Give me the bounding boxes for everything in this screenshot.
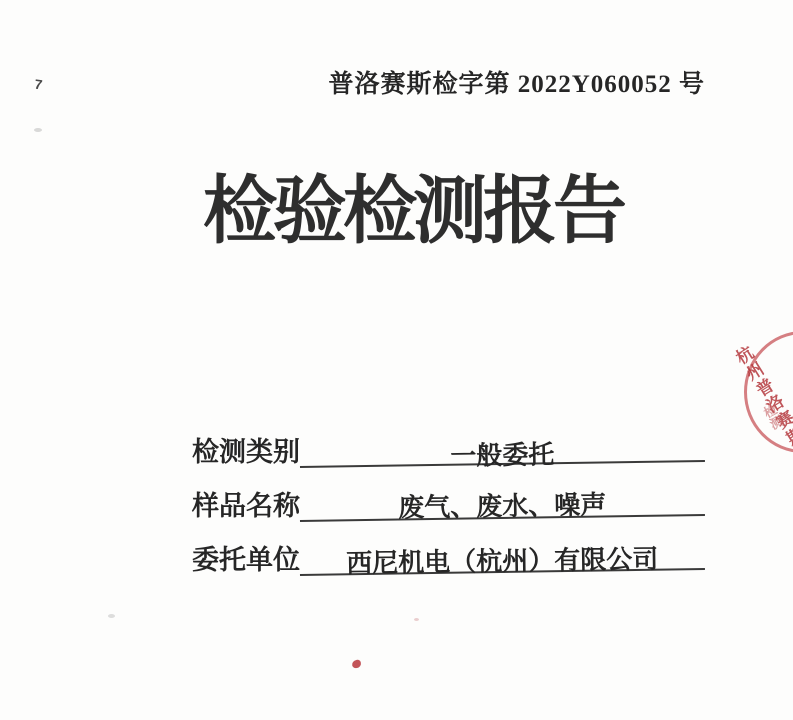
field-row-test-category: 检测类别 一般委托 (192, 432, 705, 468)
field-label-client-unit: 委托单位 (192, 547, 300, 576)
scan-mark-squiggle: 7 (33, 77, 44, 94)
field-label-test-category: 检测类别 (192, 439, 300, 468)
scan-speck-gray (108, 614, 115, 618)
field-underline: 一般委托 (299, 426, 704, 468)
page-title: 检验检测报告 (203, 152, 623, 258)
scan-speck-red-faint (414, 618, 419, 621)
report-number: 普洛赛斯检字第 2022Y060052 号 (328, 64, 705, 100)
field-underline: 西尼机电（杭州）有限公司 (299, 534, 704, 576)
scan-speck-gray (34, 128, 42, 132)
field-row-sample-name: 样品名称 废气、废水、噪声 (192, 486, 705, 522)
field-row-client-unit: 委托单位 西尼机电（杭州）有限公司 (192, 540, 705, 576)
field-label-sample-name: 样品名称 (192, 493, 300, 522)
field-value-client-unit: 西尼机电（杭州）有限公司 (346, 547, 658, 578)
seal-text: 杭州普洛赛斯 (728, 342, 793, 452)
scan-speck-red (351, 659, 361, 669)
field-value-test-category: 一般委托 (450, 442, 554, 470)
report-cover-page: 普洛赛斯检字第 2022Y060052 号 检验检测报告 检测类别 一般委托 样… (0, 0, 793, 720)
red-seal-stamp: 杭州普洛赛斯 检测 (744, 331, 793, 453)
field-value-sample-name: 废气、废水、噪声 (398, 492, 606, 521)
field-underline: 废气、废水、噪声 (299, 480, 704, 522)
